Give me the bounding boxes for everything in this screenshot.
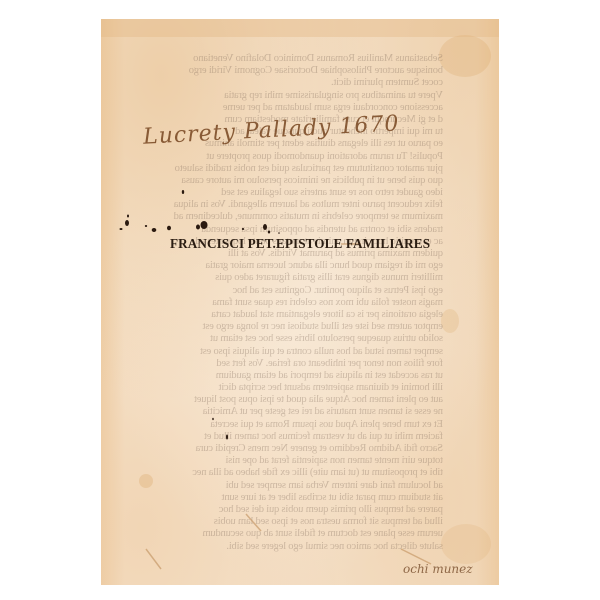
handwritten-note-bottom: ochi munez — [403, 562, 473, 576]
page-title: FRANCISCI PET.EPISTOLE FAMILIARES — [170, 236, 420, 252]
book-page: Sebastianus Manilius Romanus Dominico Do… — [101, 19, 499, 585]
worm-holes-ink-spots — [101, 19, 499, 585]
